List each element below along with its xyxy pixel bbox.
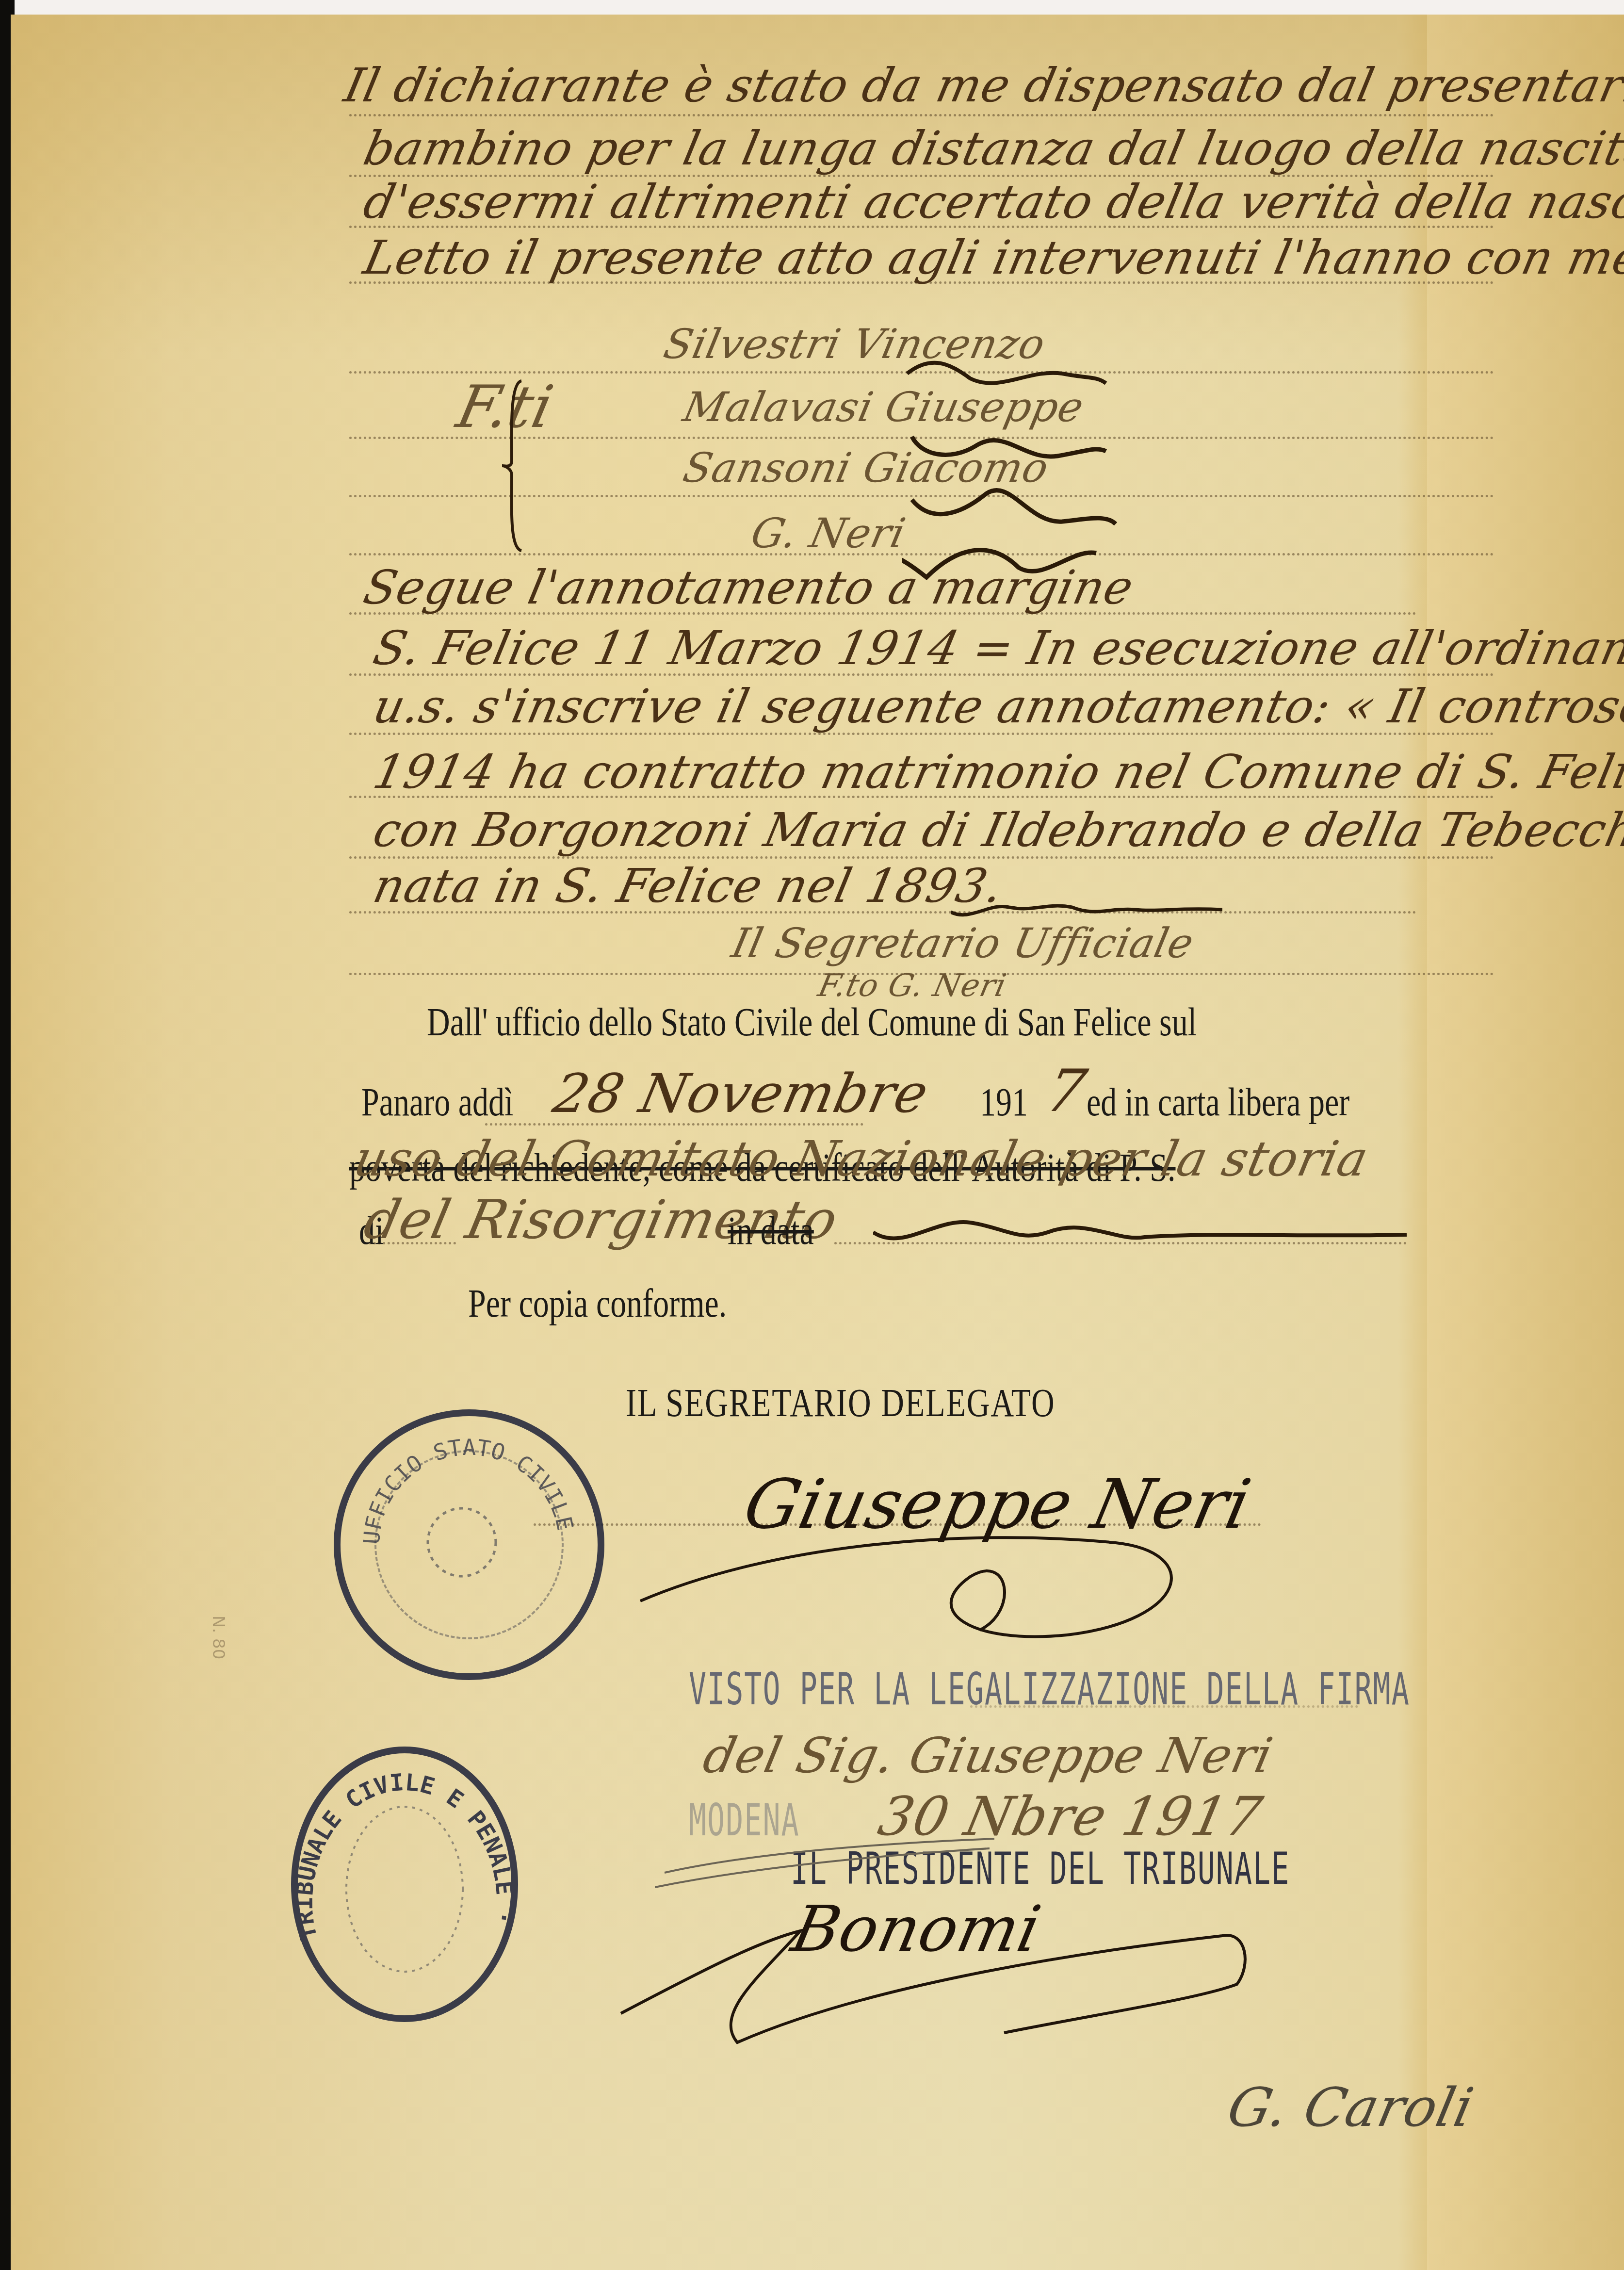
struck-in-data: in data bbox=[728, 1208, 814, 1254]
annotation-line-4: con Borgonzoni Maria di Ildebrando e del… bbox=[369, 803, 1624, 857]
president-signature-flourish bbox=[616, 1916, 1295, 2062]
year-printed: 191 bbox=[980, 1079, 1028, 1126]
svg-text:UFFICIO STATO CIVILE E LEVA ·: UFFICIO STATO CIVILE E LEVA · S. FELICE … bbox=[341, 1416, 580, 1546]
brace-icon bbox=[500, 378, 529, 553]
copy-conform-label: Per copia conforme. bbox=[468, 1281, 727, 1327]
ruled-line bbox=[349, 114, 1494, 116]
legalization-stamp: VISTO PER LA LEGALIZZAZIONE DELLA FIRMA bbox=[689, 1664, 1410, 1715]
purpose-handwritten: uso del Comitato Nazionale per la storia bbox=[349, 1130, 1373, 1187]
extra-signature: G. Caroli bbox=[1222, 2076, 1479, 2139]
annotation-signer-title: Il Segretario Ufficiale bbox=[728, 919, 1198, 967]
flourish-line bbox=[873, 1213, 1407, 1252]
seal-text: TRIBUNALE CIVILE E PENALE · MODENA bbox=[298, 1753, 511, 1943]
seal-text: UFFICIO STATO CIVILE E LEVA · S. FELICE … bbox=[341, 1416, 580, 1546]
civil-registry-seal: UFFICIO STATO CIVILE E LEVA · S. FELICE … bbox=[334, 1409, 604, 1680]
body-line-1: Il dichiarante è stato da me dispensato … bbox=[340, 58, 1624, 113]
officer-signature: G. Neri bbox=[747, 509, 910, 557]
flourish-lines bbox=[902, 354, 1368, 582]
office-line: Dall' ufficio dello Stato Civile del Com… bbox=[427, 999, 1197, 1045]
body-line-4: Letto il presente atto agli intervenuti … bbox=[359, 230, 1624, 285]
strike-flourish bbox=[655, 1834, 994, 1892]
annotation-heading: Segue l'annotamento a margine bbox=[359, 560, 1138, 615]
tribunal-seal: TRIBUNALE CIVILE E PENALE · MODENA bbox=[291, 1747, 518, 2022]
annotation-line-2: u.s. s'inscrive il seguente annotamento:… bbox=[369, 679, 1624, 734]
date-line-suffix: ed in carta libera per bbox=[1087, 1079, 1349, 1126]
annotation-line-5: nata in S. Felice nel 1893. bbox=[369, 859, 1008, 913]
delegate-title: IL SEGRETARIO DELEGATO bbox=[626, 1380, 1056, 1426]
svg-text:TRIBUNALE CIVILE E PENALE · MO: TRIBUNALE CIVILE E PENALE · MODENA bbox=[298, 1753, 511, 1943]
margin-mark: N. 80 bbox=[209, 1616, 228, 1659]
annotation-line-3: 1914 ha contratto matrimonio nel Comune … bbox=[369, 745, 1624, 799]
signature-flourish bbox=[631, 1514, 1213, 1649]
body-line-2: bambino per la lunga distanza dal luogo … bbox=[359, 121, 1624, 176]
paper-fold-band bbox=[1427, 15, 1624, 2270]
annotation-signer-name: F.to G. Neri bbox=[815, 968, 1010, 1004]
body-line-3: d'essermi altrimenti accertato della ver… bbox=[359, 175, 1624, 229]
date-line-prefix: Panaro addì bbox=[361, 1079, 513, 1126]
issue-date: 28 Novembre bbox=[548, 1062, 934, 1125]
legalization-of-signature: del Sig. Giuseppe Neri bbox=[698, 1727, 1278, 1784]
annotation-line-1: S. Felice 11 Marzo 1914 = In esecuzione … bbox=[369, 621, 1624, 675]
